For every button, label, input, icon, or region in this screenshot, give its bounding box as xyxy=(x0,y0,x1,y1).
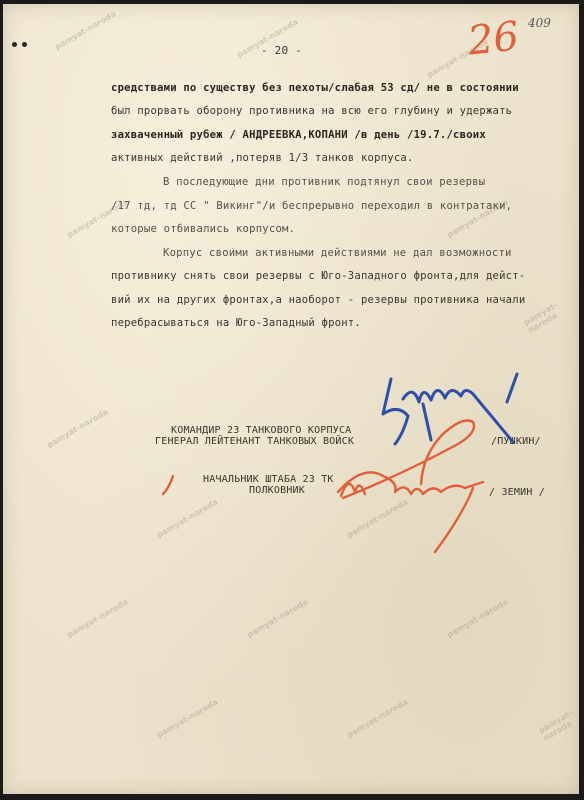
watermark: pamyat-naroda xyxy=(155,497,219,539)
watermark: pamyat-naroda xyxy=(522,291,579,335)
watermark: pamyat-naroda xyxy=(155,697,219,739)
watermark: pamyat-naroda xyxy=(345,697,409,739)
commander-rank: ГЕНЕРАЛ ЛЕЙТЕНАНТ ТАНКОВЫХ ВОЙСК xyxy=(155,436,354,447)
body-line: которые отбивались корпусом. xyxy=(111,223,295,235)
body-line: средствами по существу без пехоты/слабая… xyxy=(111,82,519,94)
commander-name: /ПУШКИН/ xyxy=(491,436,541,447)
document-page: pamyat-naroda pamyat-naroda pamyat-narod… xyxy=(3,4,579,794)
watermark: pamyat-naroda xyxy=(345,497,409,539)
body-line: В последующие дни противник подтянул сво… xyxy=(163,176,485,188)
body-line: перебрасываться на Юго-Западный фронт. xyxy=(111,317,361,329)
watermark: pamyat-naroda xyxy=(537,707,581,743)
page-number: - 20 - xyxy=(261,44,302,57)
binding-hole xyxy=(22,42,27,47)
body-line: был прорвать оборону противника на всю е… xyxy=(111,105,512,117)
blue-signature-icon xyxy=(383,374,517,444)
archive-page-number: 26 xyxy=(466,13,521,64)
chief-of-staff-name: / ЗЕМИН / xyxy=(489,487,545,498)
binding-hole xyxy=(12,42,17,47)
chief-of-staff-title: НАЧАЛЬНИК ШТАБА 23 ТК xyxy=(203,474,334,485)
body-line: противнику снять свои резервы с Юго-Запа… xyxy=(111,270,525,282)
watermark: pamyat-naroda xyxy=(45,407,109,449)
watermark: pamyat-naroda xyxy=(53,9,117,51)
watermark: pamyat-naroda xyxy=(445,597,509,639)
watermark: pamyat-naroda xyxy=(65,597,129,639)
watermark: pamyat-naroda xyxy=(245,597,309,639)
handwritten-signatures xyxy=(3,4,579,794)
chief-of-staff-rank: ПОЛКОВНИК xyxy=(249,485,305,496)
body-line: Корпус своими активными действиями не да… xyxy=(163,247,512,259)
archive-page-number-secondary: 409 xyxy=(528,16,551,30)
body-line: вий их на других фронтах,а наоборот - ре… xyxy=(111,294,525,306)
body-line: захваченный рубеж / АНДРЕЕВКА,КОПАНИ /в … xyxy=(111,129,486,141)
commander-title: КОМАНДИР 23 ТАНКОВОГО КОРПУСА xyxy=(171,425,351,436)
body-line: активных действий ,потеряв 1/3 танков ко… xyxy=(111,152,414,164)
body-line: /17 тд, тд СС " Викинг"/и беспрерывно пе… xyxy=(111,200,512,212)
